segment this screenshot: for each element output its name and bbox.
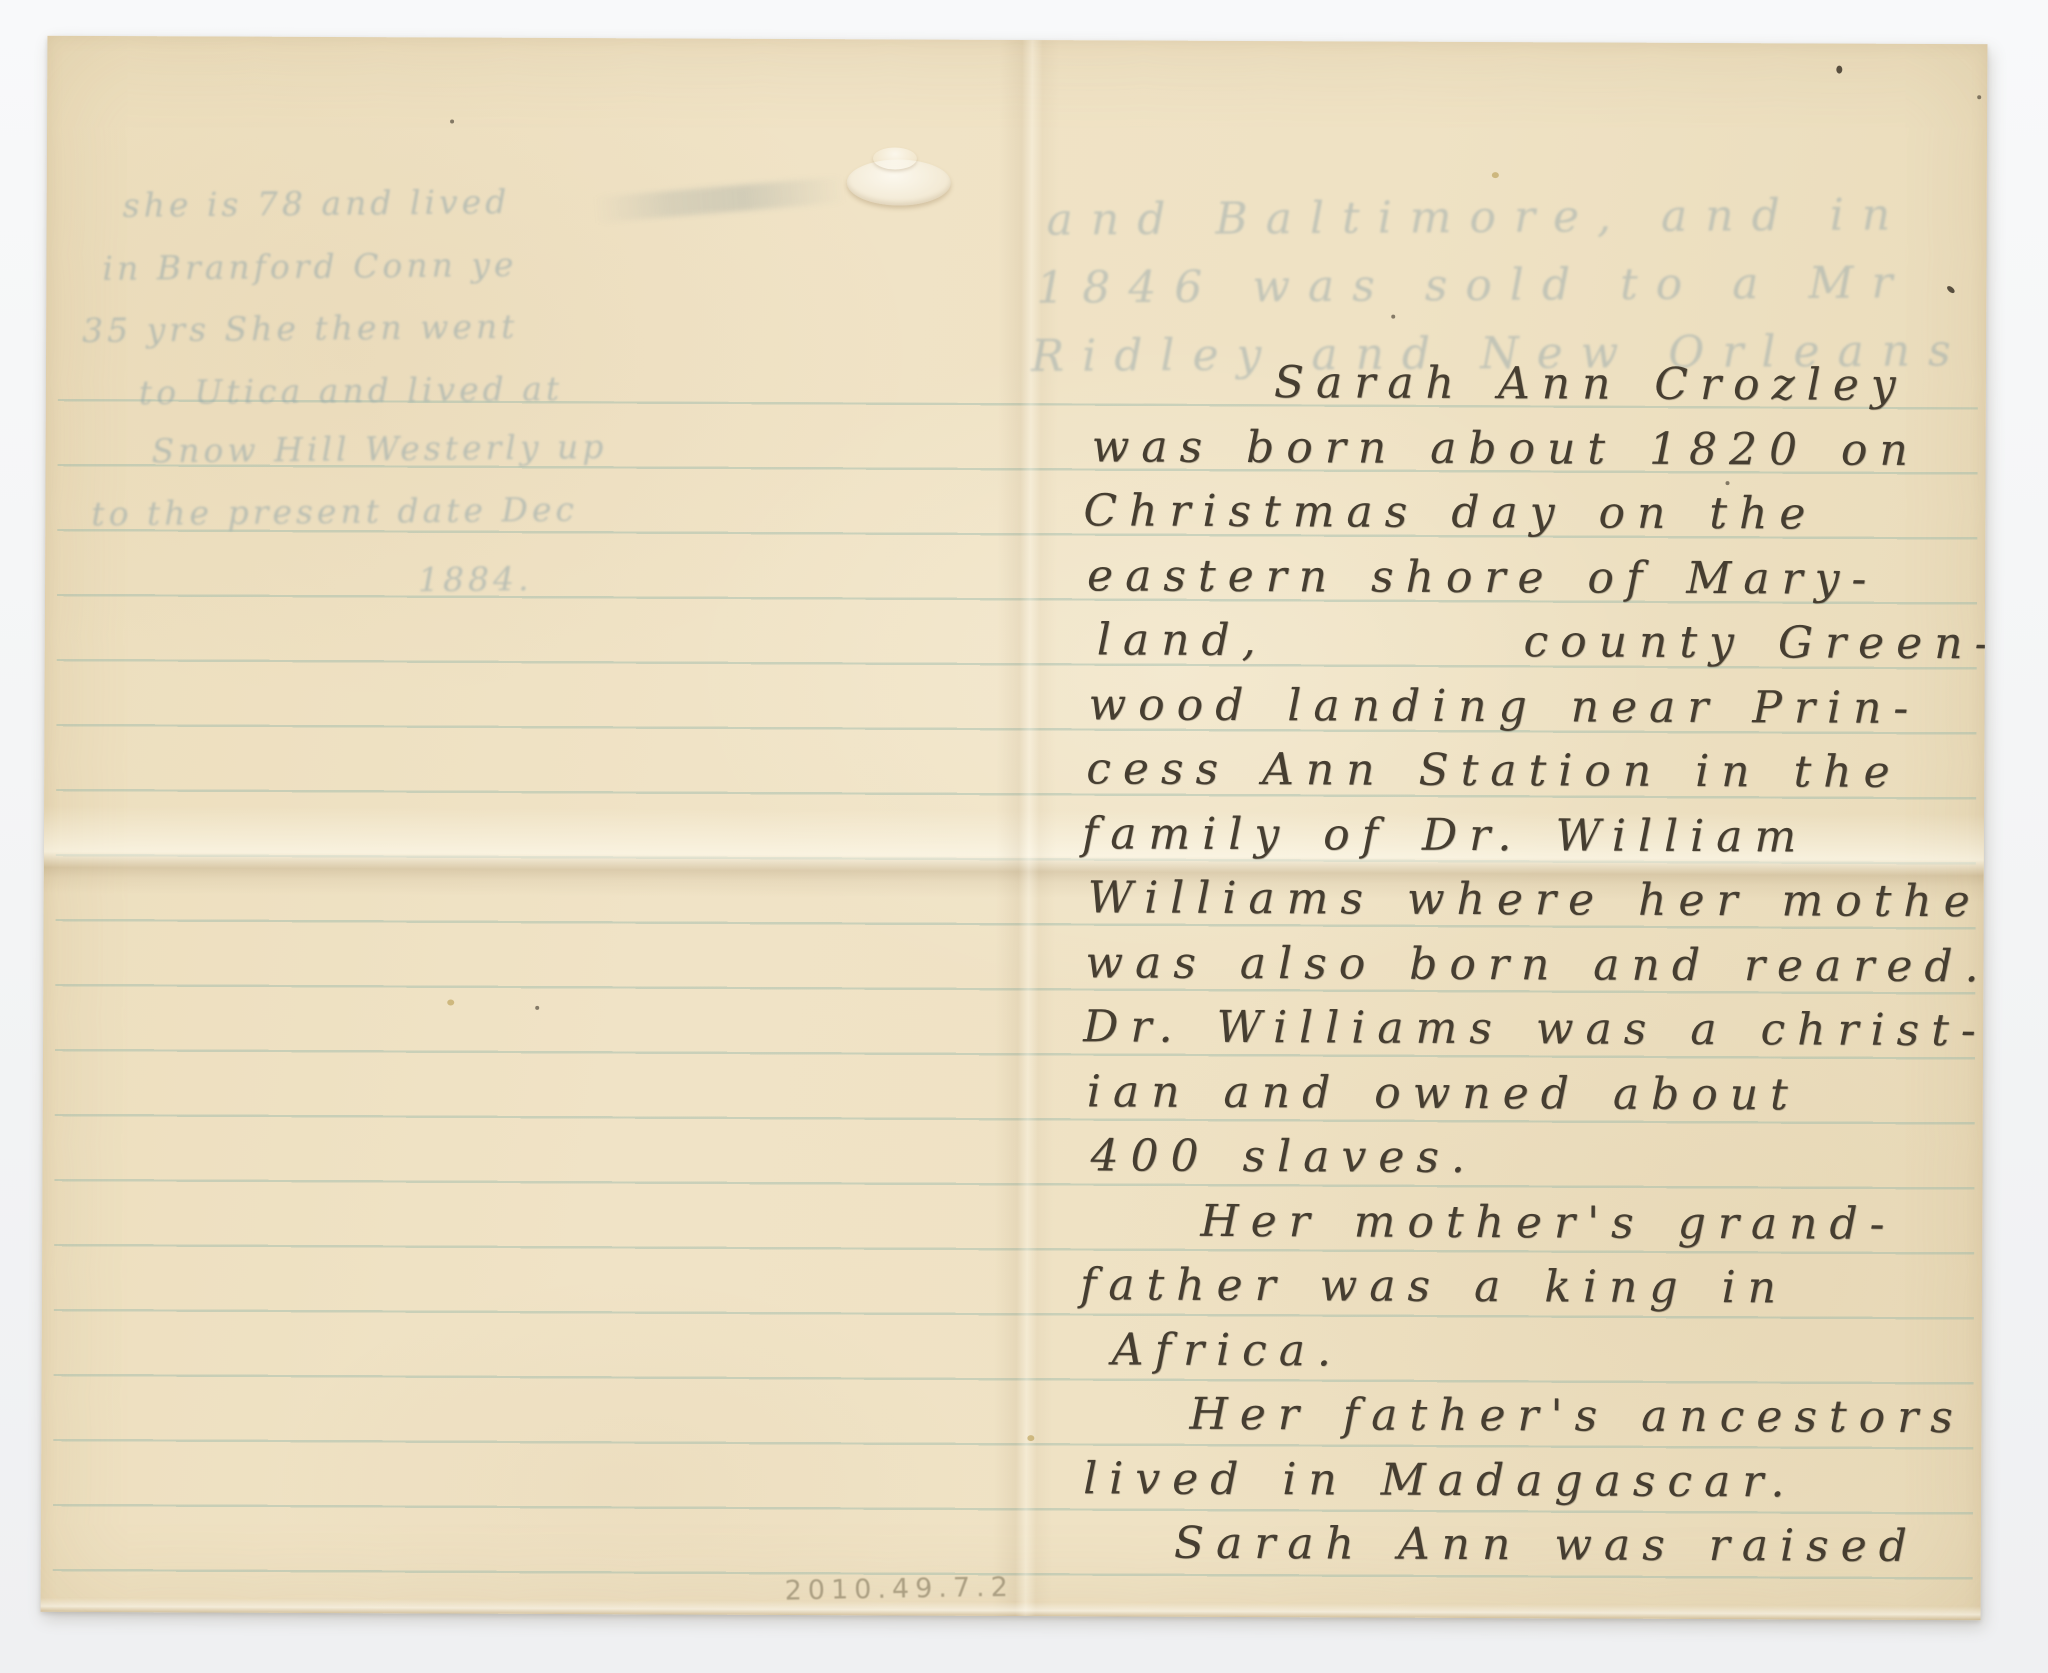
paper-speck (535, 1006, 539, 1010)
handwritten-text: Sarah Ann Crozleywas born about 1820 onC… (1079, 350, 1988, 1579)
handwritten-line: was born about 1820 on (1084, 415, 1988, 483)
handwritten-line: Dr. Williams was a christ- (1081, 995, 1987, 1063)
ghost-text-line: and Baltimore, and in (1047, 189, 1909, 245)
paper-speck (447, 1000, 454, 1006)
handwritten-line: family of Dr. William (1082, 802, 1988, 870)
handwritten-line: lived in Madagascar. (1079, 1447, 1987, 1515)
handwritten-line: Williams where her mother (1082, 866, 1988, 934)
handwritten-line: cess Ann Station in the (1082, 737, 1987, 805)
paper-speck (1027, 1435, 1034, 1441)
handwritten-line: land, county Green- (1083, 608, 1988, 676)
handwritten-line: 400 slaves. (1080, 1124, 1987, 1192)
handwritten-line: Her father's ancestors (1079, 1382, 1987, 1450)
letter-sheet: she is 78 and livedin Branford Conn ye35… (41, 36, 1988, 1620)
handwritten-line: Sarah Ann Crozley (1084, 350, 1988, 418)
handwritten-line: Christmas day on the (1083, 479, 1987, 547)
paper-speck (1726, 481, 1730, 485)
handwritten-line: Sarah Ann was raised (1079, 1511, 1988, 1579)
ghost-text-line: 1846 was sold to a Mr (1036, 257, 1910, 313)
paper-speck (1492, 172, 1499, 178)
handwritten-line: eastern shore of Mary- (1083, 544, 1987, 612)
paper-speck (1391, 315, 1395, 319)
handwritten-line: ian and owned about (1081, 1060, 1988, 1128)
handwritten-line: wood landing near Prin- (1082, 673, 1987, 741)
paper-speck (1977, 95, 1981, 99)
handwritten-line: father was a king in (1080, 1253, 1988, 1321)
handwritten-line: Africa. (1080, 1318, 1988, 1386)
handwritten-line: was also born and reared. (1081, 931, 1987, 999)
scan-background: she is 78 and livedin Branford Conn ye35… (0, 0, 2048, 1673)
paper-speck (450, 120, 454, 124)
paper-speck (1836, 66, 1842, 74)
handwritten-line: Her mother's grand- (1080, 1189, 1987, 1257)
